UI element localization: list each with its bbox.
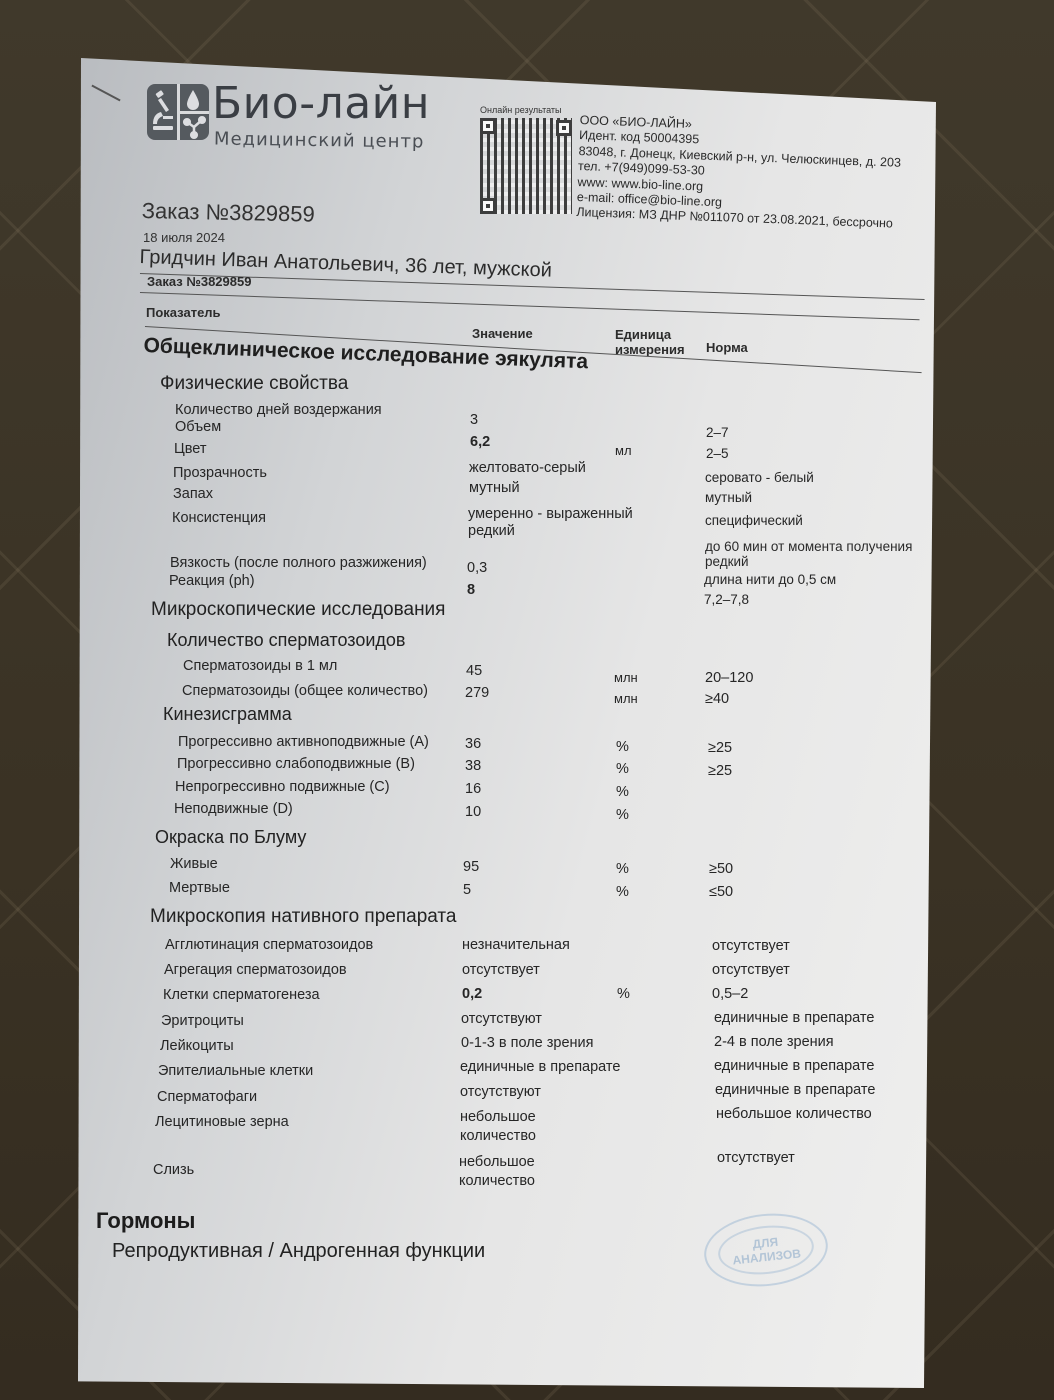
col-unit-line1: Единица (615, 327, 685, 342)
row-value: редкий (468, 523, 515, 539)
row-value: 36 (465, 736, 481, 752)
row-value: 10 (465, 804, 481, 820)
row-label: Эритроциты (161, 1013, 244, 1029)
row-value: отсутствуют (460, 1084, 541, 1100)
row-value: 38 (465, 758, 481, 774)
qr-label: Онлайн результаты (480, 105, 562, 115)
order-title: Заказ №3829859 (141, 198, 315, 228)
row-norm: отсутствует (717, 1150, 795, 1166)
row-value: 95 (463, 859, 479, 875)
row-value: 16 (465, 781, 481, 797)
row-norm: ≤50 (709, 884, 733, 900)
clinic-subtitle: Медицинский центр (214, 129, 425, 153)
row-unit: % (616, 739, 629, 755)
row-norm: отсутствует (712, 962, 790, 978)
row-value: 45 (466, 663, 482, 679)
row-norm: ≥25 (708, 740, 732, 756)
row-norm: ≥40 (705, 691, 729, 707)
subgroup-kinesis: Кинезисграмма (163, 704, 292, 725)
row-unit: млн (614, 670, 638, 685)
company-info: ООО «БИО-ЛАЙН» Идент. код 50004395 83048… (576, 113, 902, 233)
row-unit: % (616, 761, 629, 777)
qr-code-icon[interactable] (480, 118, 572, 214)
clinic-logo-icon (147, 84, 209, 140)
row-label: Количество дней воздержания (175, 402, 382, 418)
row-label: Сперматофаги (157, 1089, 257, 1105)
row-value: 0-1-3 в поле зрения (461, 1035, 594, 1051)
row-norm: отсутствует (712, 938, 790, 954)
order-number-small: Заказ №3829859 (147, 274, 251, 289)
order-date: 18 июля 2024 (143, 230, 225, 245)
row-norm: серовато - белый (705, 470, 814, 485)
row-norm: до 60 мин от момента получения редкий (705, 539, 920, 569)
row-unit: мл (615, 443, 632, 458)
subgroup-bloom: Окраска по Блуму (155, 827, 306, 848)
row-label: Вязкость (после полного разжижения) (170, 555, 427, 571)
row-norm: 2–7 (706, 425, 729, 440)
clinic-stamp-icon: ДЛЯ АНАЛИЗОВ (701, 1208, 832, 1293)
row-label: Лейкоциты (160, 1038, 234, 1054)
clinic-name: Био-лайн (212, 78, 430, 129)
row-unit: млн (614, 691, 638, 706)
row-label: Прогрессивно активноподвижные (A) (178, 734, 429, 750)
row-value: мутный (469, 480, 520, 496)
row-value: умеренно - выраженный (468, 506, 633, 522)
pen-mark (91, 85, 120, 102)
row-label: Цвет (174, 441, 207, 457)
row-label: Непрогрессивно подвижные (C) (175, 779, 390, 795)
row-label: Живые (170, 856, 218, 872)
divider (140, 292, 920, 320)
row-norm: ≥50 (709, 861, 733, 877)
row-norm: 20–120 (705, 670, 753, 686)
row-label: Прозрачность (173, 465, 267, 481)
row-label: Объем (175, 419, 221, 435)
row-norm: ≥25 (708, 763, 732, 779)
row-label: Агрегация сперматозоидов (164, 962, 347, 978)
row-label: Сперматозоиды в 1 мл (183, 658, 337, 674)
subgroup-count: Количество сперматозоидов (167, 630, 405, 651)
hormones-subtitle: Репродуктивная / Андрогенная функции (112, 1240, 485, 1263)
hormones-title: Гормоны (96, 1208, 195, 1234)
row-value: 0,2 (462, 986, 482, 1002)
row-label: Сперматозоиды (общее количество) (182, 683, 428, 699)
row-value: отсутствуют (461, 1011, 542, 1027)
row-norm: 2-4 в поле зрения (714, 1034, 834, 1050)
row-norm: 2–5 (706, 446, 729, 461)
row-norm: единичные в препарате (714, 1058, 874, 1074)
row-norm: длина нити до 0,5 см (704, 572, 836, 587)
row-unit: % (616, 861, 629, 877)
row-label: Мертвые (169, 880, 230, 896)
row-label: Слизь (153, 1162, 194, 1178)
group-microscopic: Микроскопические исследования (151, 599, 445, 621)
row-label: Клетки сперматогенеза (163, 987, 320, 1003)
row-value: небольшое количество (459, 1153, 569, 1191)
row-value: незначительная (462, 937, 570, 953)
row-value: 279 (465, 685, 489, 701)
row-value: 3 (470, 412, 478, 428)
row-value: небольшое количество (460, 1108, 570, 1146)
lab-report: Био-лайн Медицинский центр Онлайн резуль… (0, 0, 1054, 1400)
row-norm: единичные в препарате (714, 1010, 874, 1026)
row-value: единичные в препарате (460, 1059, 620, 1075)
row-value: 8 (467, 582, 475, 598)
row-label: Эпителиальные клетки (158, 1063, 313, 1079)
row-norm: 7,2–7,8 (704, 592, 749, 607)
row-unit: % (616, 784, 629, 800)
col-value: Значение (472, 326, 533, 341)
group-native: Микроскопия нативного препарата (150, 906, 456, 928)
col-indicator: Показатель (146, 305, 221, 320)
row-value: 6,2 (470, 434, 490, 450)
row-value: желтовато-серый (469, 460, 586, 476)
row-norm: 0,5–2 (712, 986, 748, 1002)
row-norm: небольшое количество (716, 1106, 872, 1122)
row-value: отсутствует (462, 962, 540, 978)
group-physical: Физические свойства (160, 373, 348, 395)
col-unit: Единица измерения (615, 327, 685, 357)
row-norm: специфический (705, 513, 803, 528)
row-label: Консистенция (172, 510, 266, 526)
row-unit: % (616, 807, 629, 823)
row-label: Неподвижные (D) (174, 801, 293, 817)
row-norm: мутный (705, 490, 752, 505)
col-norm: Норма (706, 340, 748, 355)
row-norm: единичные в препарате (715, 1082, 875, 1098)
row-label: Лецитиновые зерна (155, 1114, 289, 1130)
row-value: 0,3 (467, 560, 487, 576)
row-unit: % (617, 986, 630, 1002)
row-value: 5 (463, 882, 471, 898)
row-unit: % (616, 884, 629, 900)
row-label: Прогрессивно слабоподвижные (B) (177, 756, 415, 772)
row-label: Реакция (ph) (169, 573, 255, 589)
row-label: Агглютинация сперматозоидов (165, 937, 373, 953)
row-label: Запах (173, 486, 213, 502)
